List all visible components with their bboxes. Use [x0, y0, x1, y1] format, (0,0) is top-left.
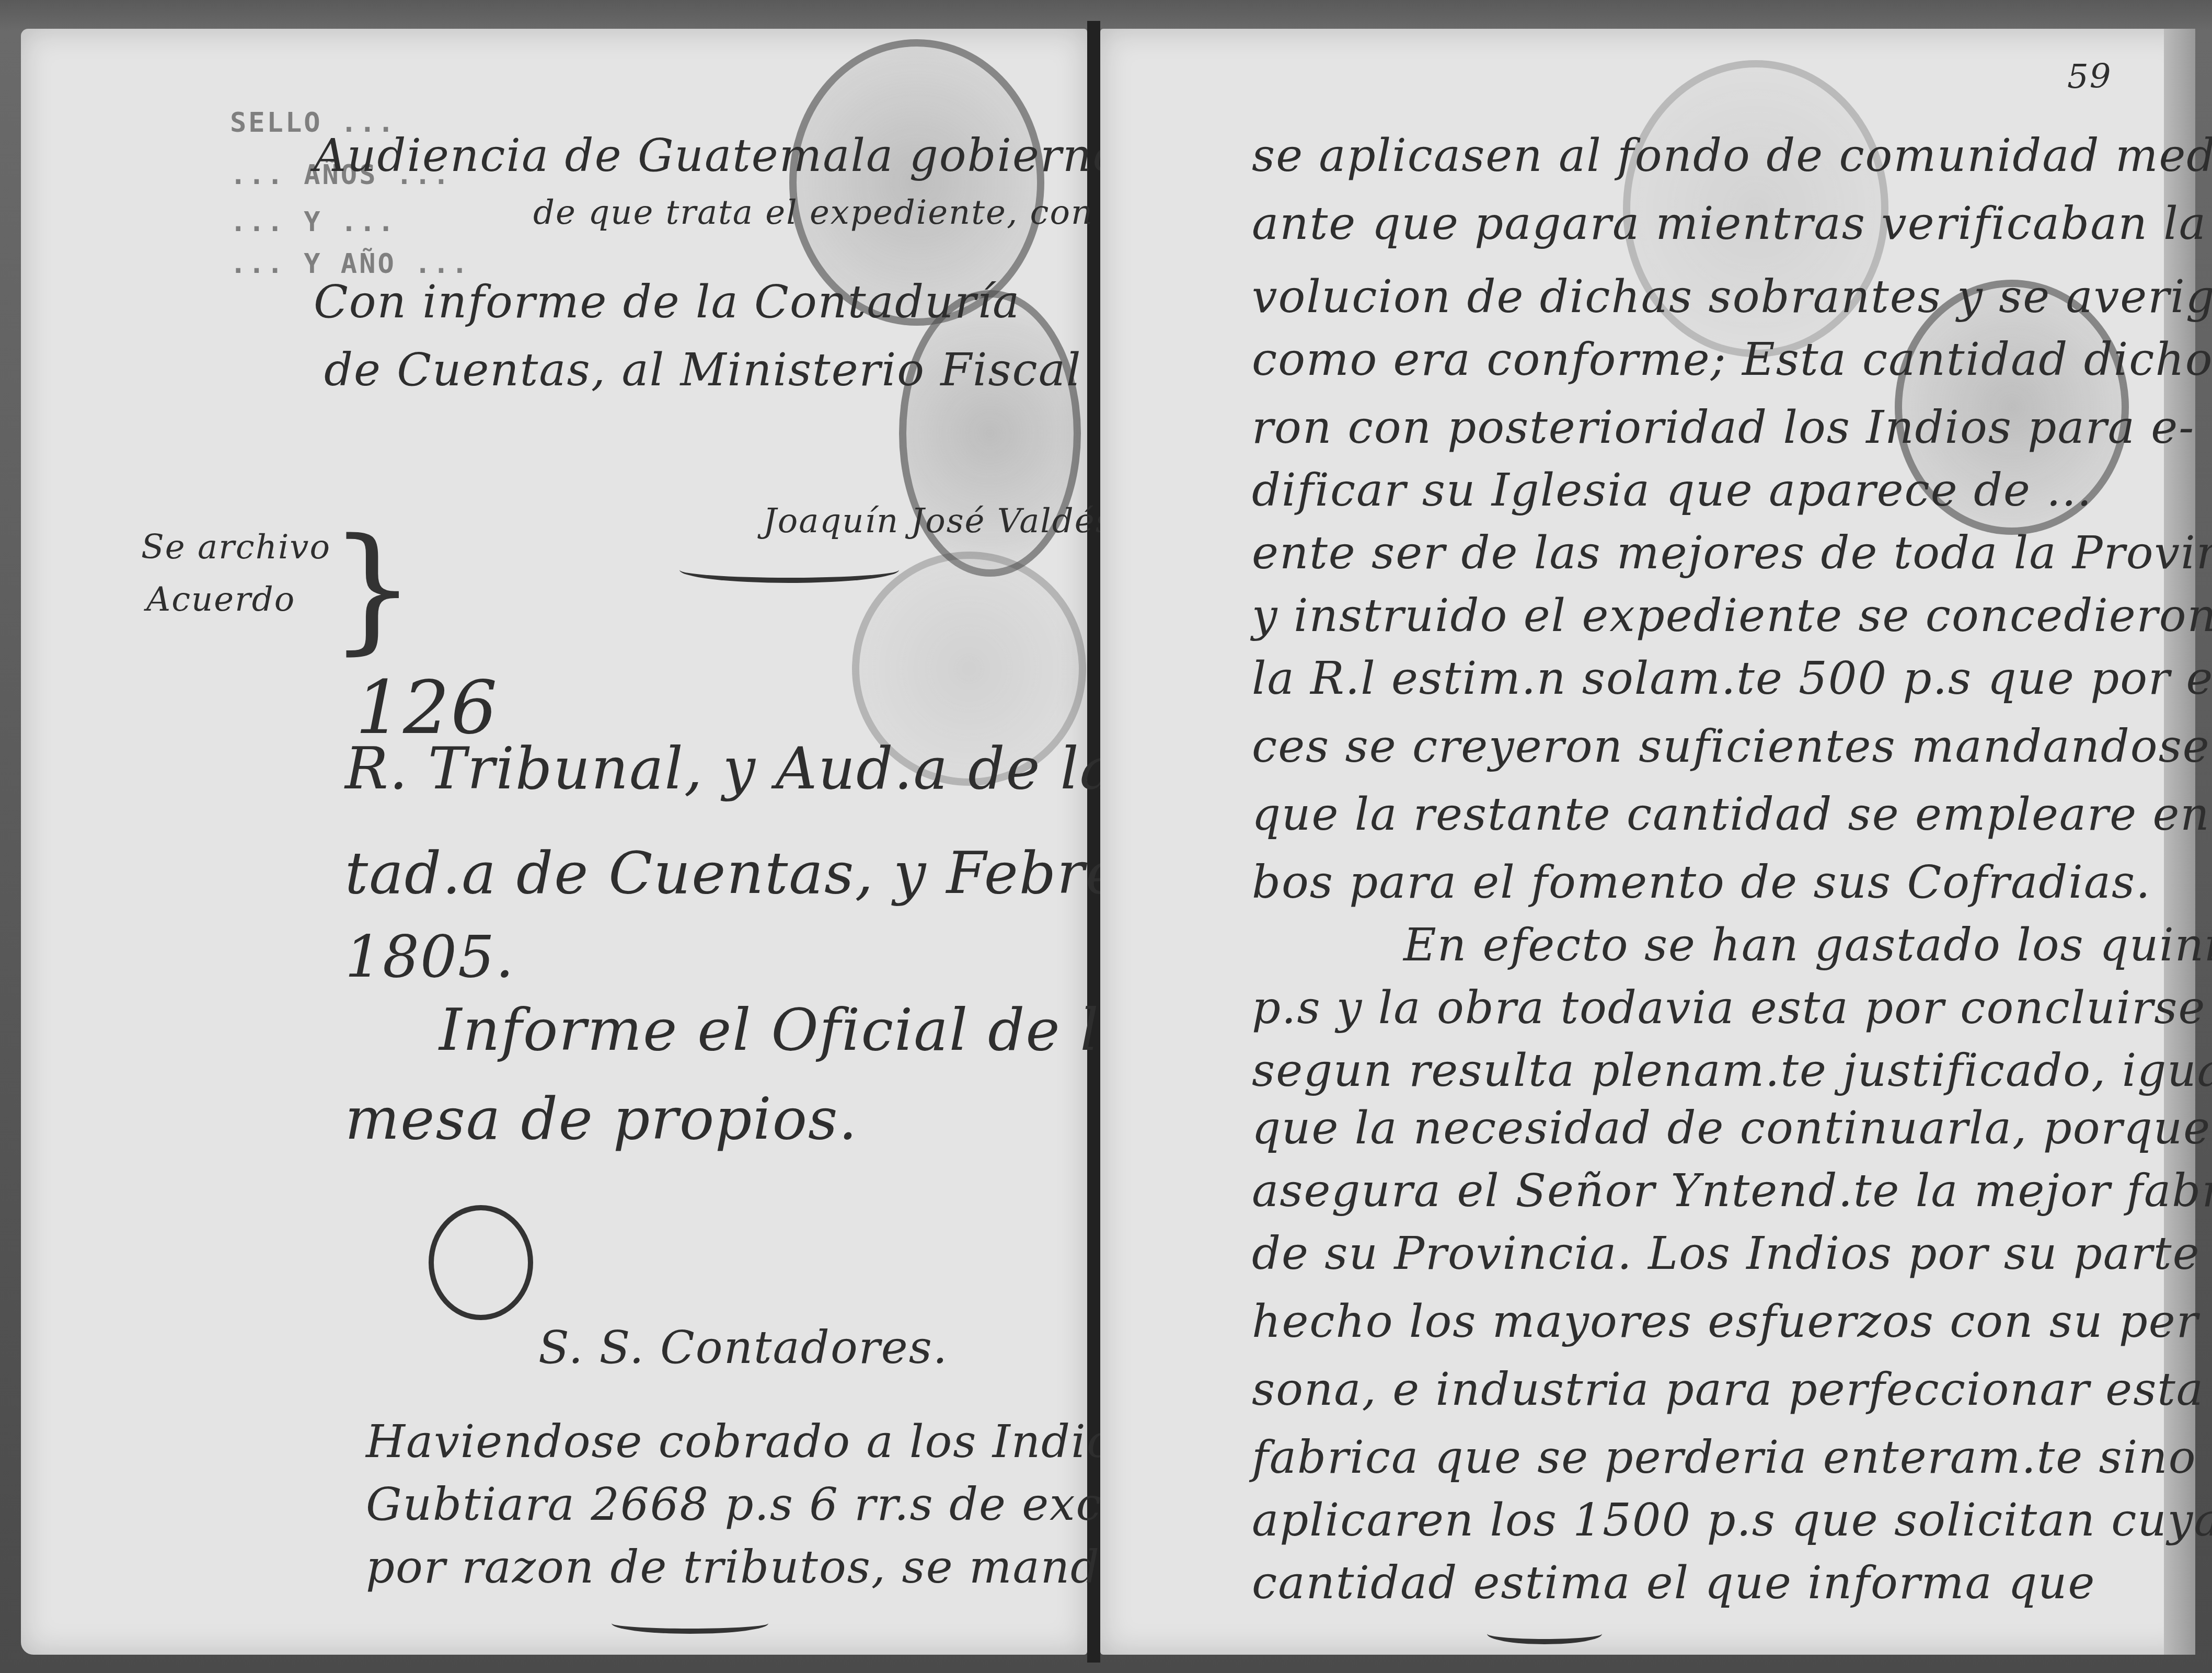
- margin-brace: }: [329, 510, 416, 668]
- rubric-flourish: [429, 1205, 533, 1320]
- right-text-line-10: ces se creyeron suficientes mandandose: [1252, 724, 2210, 769]
- text-line-1: Haviendose cobrado a los Indios de: [366, 1419, 1212, 1464]
- heading-line-1: Audiencia de Guatemala gobierno: [314, 133, 1121, 178]
- printed-header-3: ... Y ...: [230, 207, 396, 238]
- text-line-2: Gubtiara 2668 p.s 6 rr.s de exceso: [366, 1482, 1182, 1527]
- right-text-line-13: En efecto se han gastado los quinien: [1403, 923, 2212, 968]
- folio-mark: 59: [2067, 60, 2112, 94]
- right-text-line-2: ante que pagara mientras verificaban la …: [1252, 201, 2212, 246]
- right-text-line-18: de su Provincia. Los Indios por su parte…: [1252, 1231, 2212, 1276]
- right-text-line-1: se aplicasen al fondo de comunidad medi-: [1252, 133, 2212, 178]
- right-text-line-11: que la restante cantidad se empleare en …: [1252, 792, 2212, 837]
- right-text-line-15: segun resulta plenam.te justificado, igu…: [1252, 1048, 2212, 1093]
- margin-note-2: Acuerdo: [146, 583, 295, 616]
- right-text-line-21: fabrica que se perderia enteram.te sino …: [1252, 1435, 2212, 1480]
- right-text-line-5: ron con posterioridad los Indios para e-: [1252, 405, 2195, 450]
- body-line-3: 1805.: [345, 928, 515, 986]
- signature-flourish: [679, 557, 899, 583]
- right-text-line-8: y instruido el expediente se concedieron…: [1252, 593, 2212, 638]
- right-text-line-23: cantidad estima el que informa que: [1252, 1561, 2095, 1606]
- right-text-line-22: aplicaren los 1500 p.s que solicitan cuy…: [1252, 1498, 2212, 1543]
- right-text-line-3: volucion de dichas sobrantes y se averig…: [1252, 274, 2212, 319]
- salutation: S. S. Contadores.: [538, 1325, 948, 1370]
- right-text-line-12: bos para el fomento de sus Cofradias.: [1252, 860, 2151, 905]
- signature: Joaquín José Valdés: [763, 505, 1113, 538]
- left-page: SELLO ... ... AÑOS ... ... Y ... ... Y A…: [21, 29, 1087, 1655]
- heading-line-2: de que trata el expediente, con: [533, 196, 1093, 230]
- heading-line-3: Con informe de la Contaduría: [314, 280, 1020, 325]
- body-line-5: mesa de propios.: [345, 1090, 858, 1148]
- body-line-4: Informe el Oficial de la: [439, 1001, 1135, 1059]
- right-text-line-4: como era conforme; Esta cantidad dicho: [1252, 337, 2212, 382]
- right-text-line-17: asegura el Señor Yntend.te la mejor fabr…: [1252, 1168, 2212, 1213]
- manuscript-spread: SELLO ... ... AÑOS ... ... Y ... ... Y A…: [0, 0, 2212, 1673]
- catchword-flourish: [612, 1613, 768, 1634]
- heading-line-4: de Cuentas, al Ministerio Fiscal: [324, 348, 1082, 393]
- right-text-line-20: sona, e industria para perfeccionar esta: [1252, 1367, 2204, 1412]
- right-text-line-16: que la necesidad de continuarla, porque …: [1252, 1106, 2212, 1151]
- right-page: 59 se aplicasen al fondo de comunidad me…: [1100, 29, 2195, 1655]
- right-text-line-19: hecho los mayores esfuerzos con su per: [1252, 1299, 2199, 1344]
- folio-number: 126: [355, 672, 498, 745]
- margin-note-1: Se archivo: [141, 531, 331, 564]
- text-line-3: por razon de tributos, se mandó: [366, 1545, 1128, 1590]
- right-catchword-flourish: [1487, 1623, 1602, 1644]
- right-text-line-9: la R.l estim.n solam.te 500 p.s que por …: [1252, 656, 2212, 701]
- right-text-line-14: p.s y la obra todavia esta por concluirs…: [1252, 986, 2206, 1030]
- printed-header-4: ... Y AÑO ...: [230, 248, 470, 280]
- right-text-line-6: dificar su Iglesia que aparece de ...: [1252, 468, 2092, 513]
- right-text-line-7: ente ser de las mejores de toda la Provi…: [1252, 531, 2212, 576]
